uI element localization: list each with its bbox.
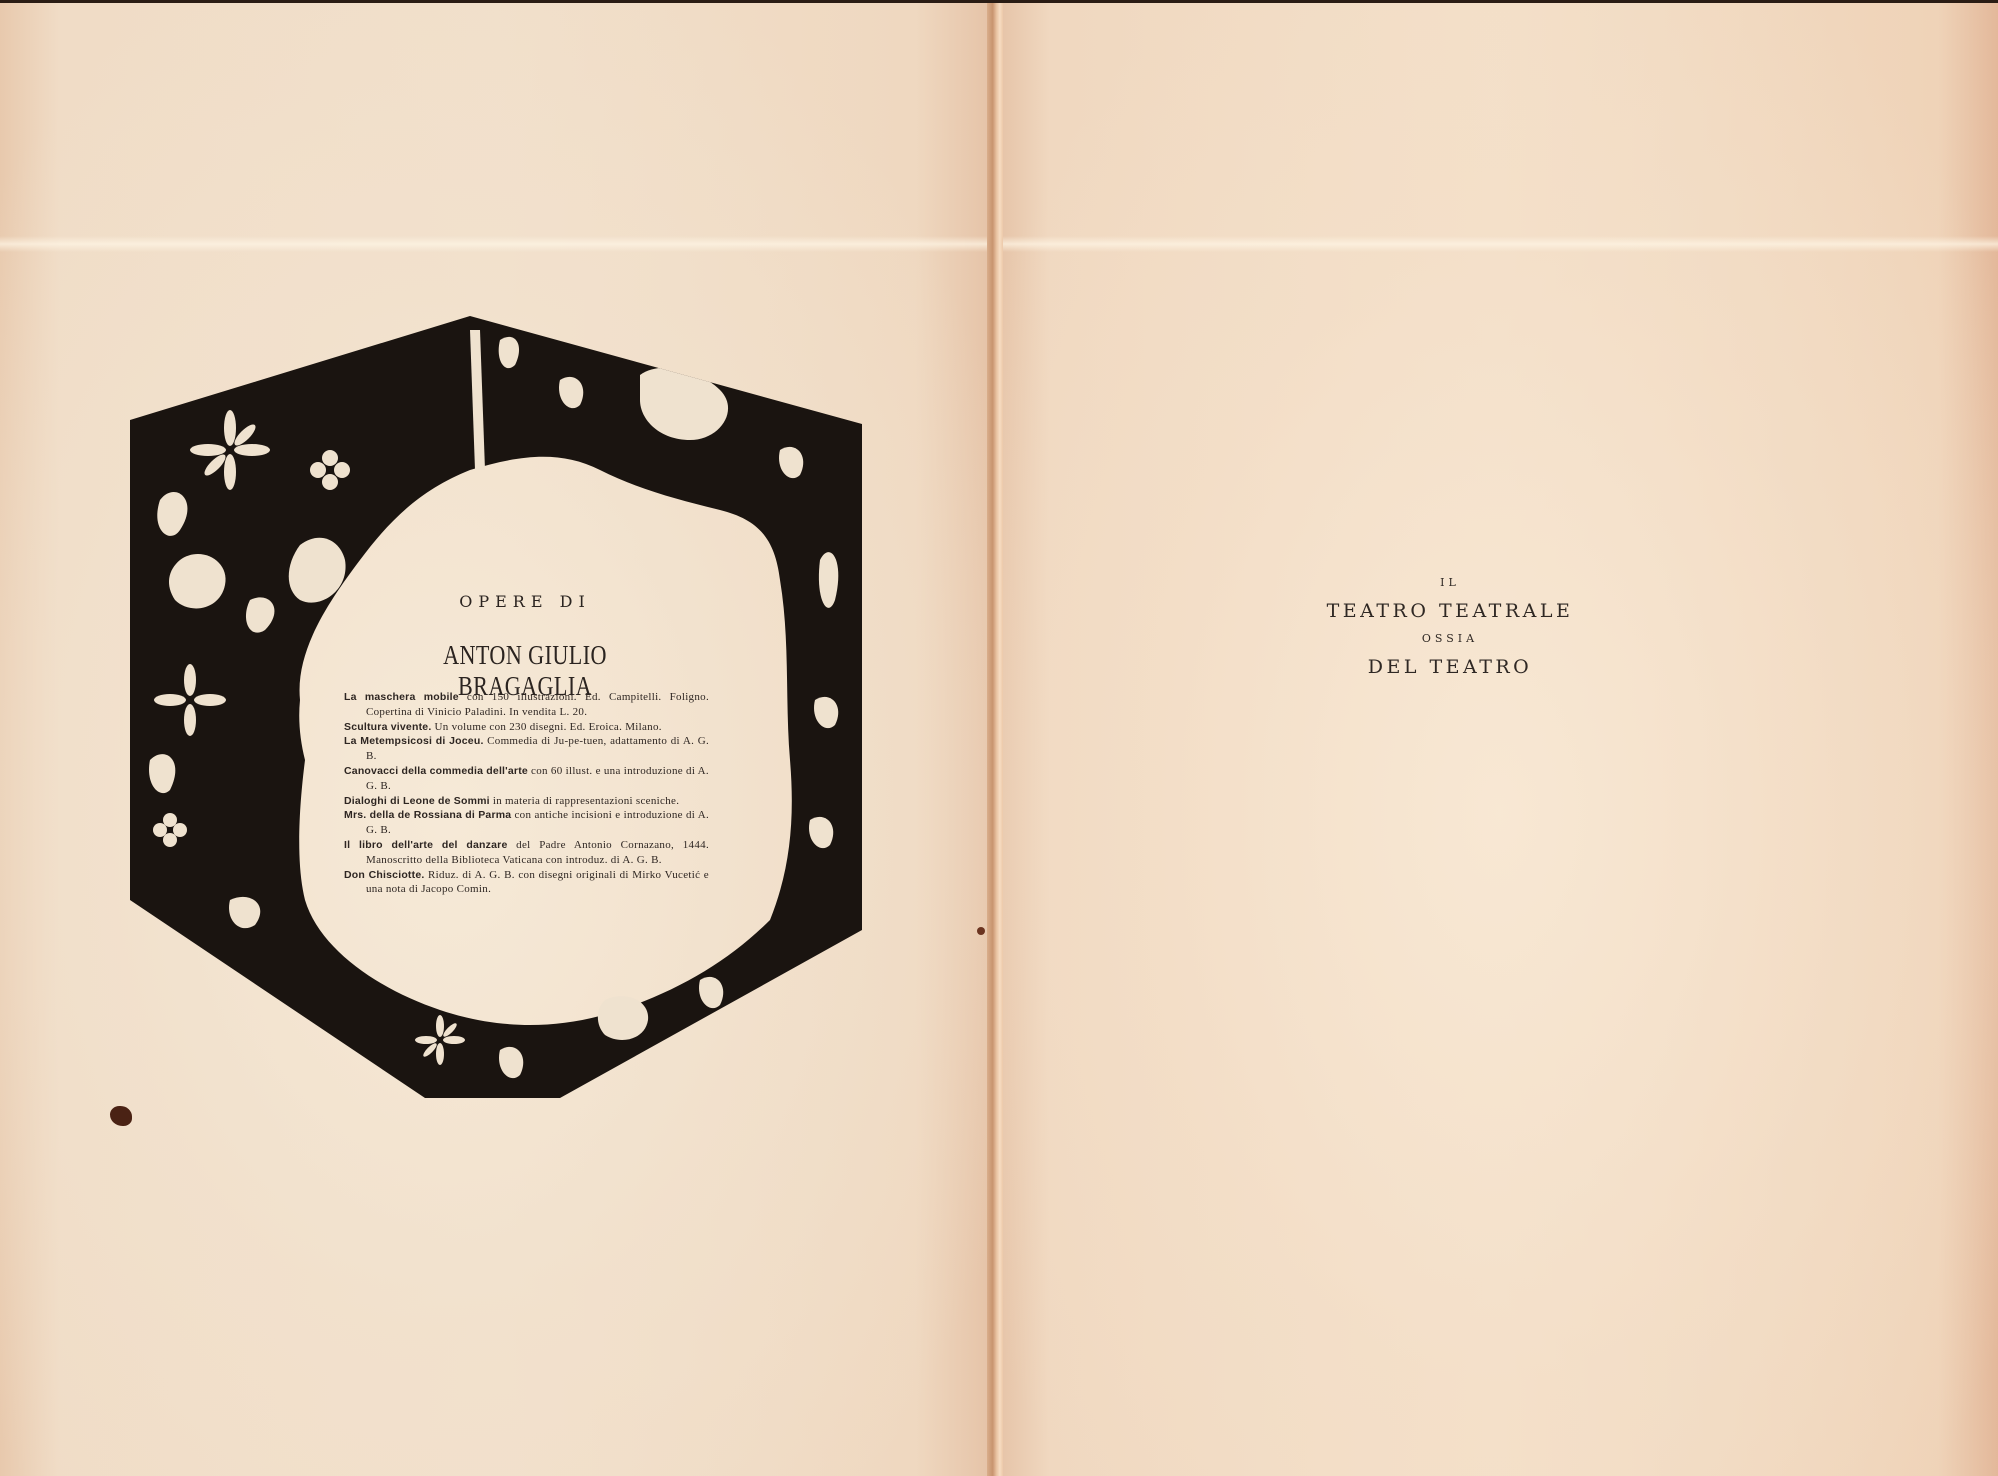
half-title-block: IL TEATRO TEATRALE OSSIA DEL TEATRO: [1290, 572, 1610, 684]
work-title: La maschera mobile: [344, 691, 459, 703]
work-entry: La Metempsicosi di Joceu. Commedia di Ju…: [344, 734, 709, 764]
work-entry: Don Chisciotte. Riduz. di A. G. B. con d…: [344, 868, 709, 898]
title-article: IL: [1290, 572, 1610, 594]
work-title: Mrs. della de Rossiana di Parma: [344, 809, 511, 821]
works-list: La maschera mobile con 150 illustrazioni…: [344, 690, 709, 897]
work-title: La Metempsicosi di Joceu.: [344, 735, 484, 747]
work-entry: Mrs. della de Rossiana di Parma con anti…: [344, 808, 709, 838]
work-title: Scultura vivente.: [344, 721, 431, 733]
work-description: Un volume con 230 disegni. Ed. Eroica. M…: [431, 721, 661, 733]
book-title: TEATRO TEATRALE: [1290, 594, 1610, 628]
work-title: Il libro dell'arte del danzare: [344, 839, 508, 851]
work-title: Dialoghi di Leone de Sommi: [344, 795, 490, 807]
work-title: Canovacci della commedia dell'arte: [344, 765, 528, 777]
work-description: in materia di rappresentazioni sceniche.: [490, 795, 679, 807]
work-entry: Il libro dell'arte del danzare del Padre…: [344, 838, 709, 868]
book-subtitle: DEL TEATRO: [1290, 650, 1610, 684]
title-connector: OSSIA: [1290, 628, 1610, 650]
work-entry: Canovacci della commedia dell'arte con 6…: [344, 764, 709, 794]
right-page: [1000, 3, 1998, 1476]
work-entry: La maschera mobile con 150 illustrazioni…: [344, 690, 709, 720]
works-heading: OPERE DI: [340, 592, 710, 611]
work-title: Don Chisciotte.: [344, 869, 425, 881]
work-entry: Dialoghi di Leone de Sommi in materia di…: [344, 794, 709, 809]
work-entry: Scultura vivente. Un volume con 230 dise…: [344, 720, 709, 735]
